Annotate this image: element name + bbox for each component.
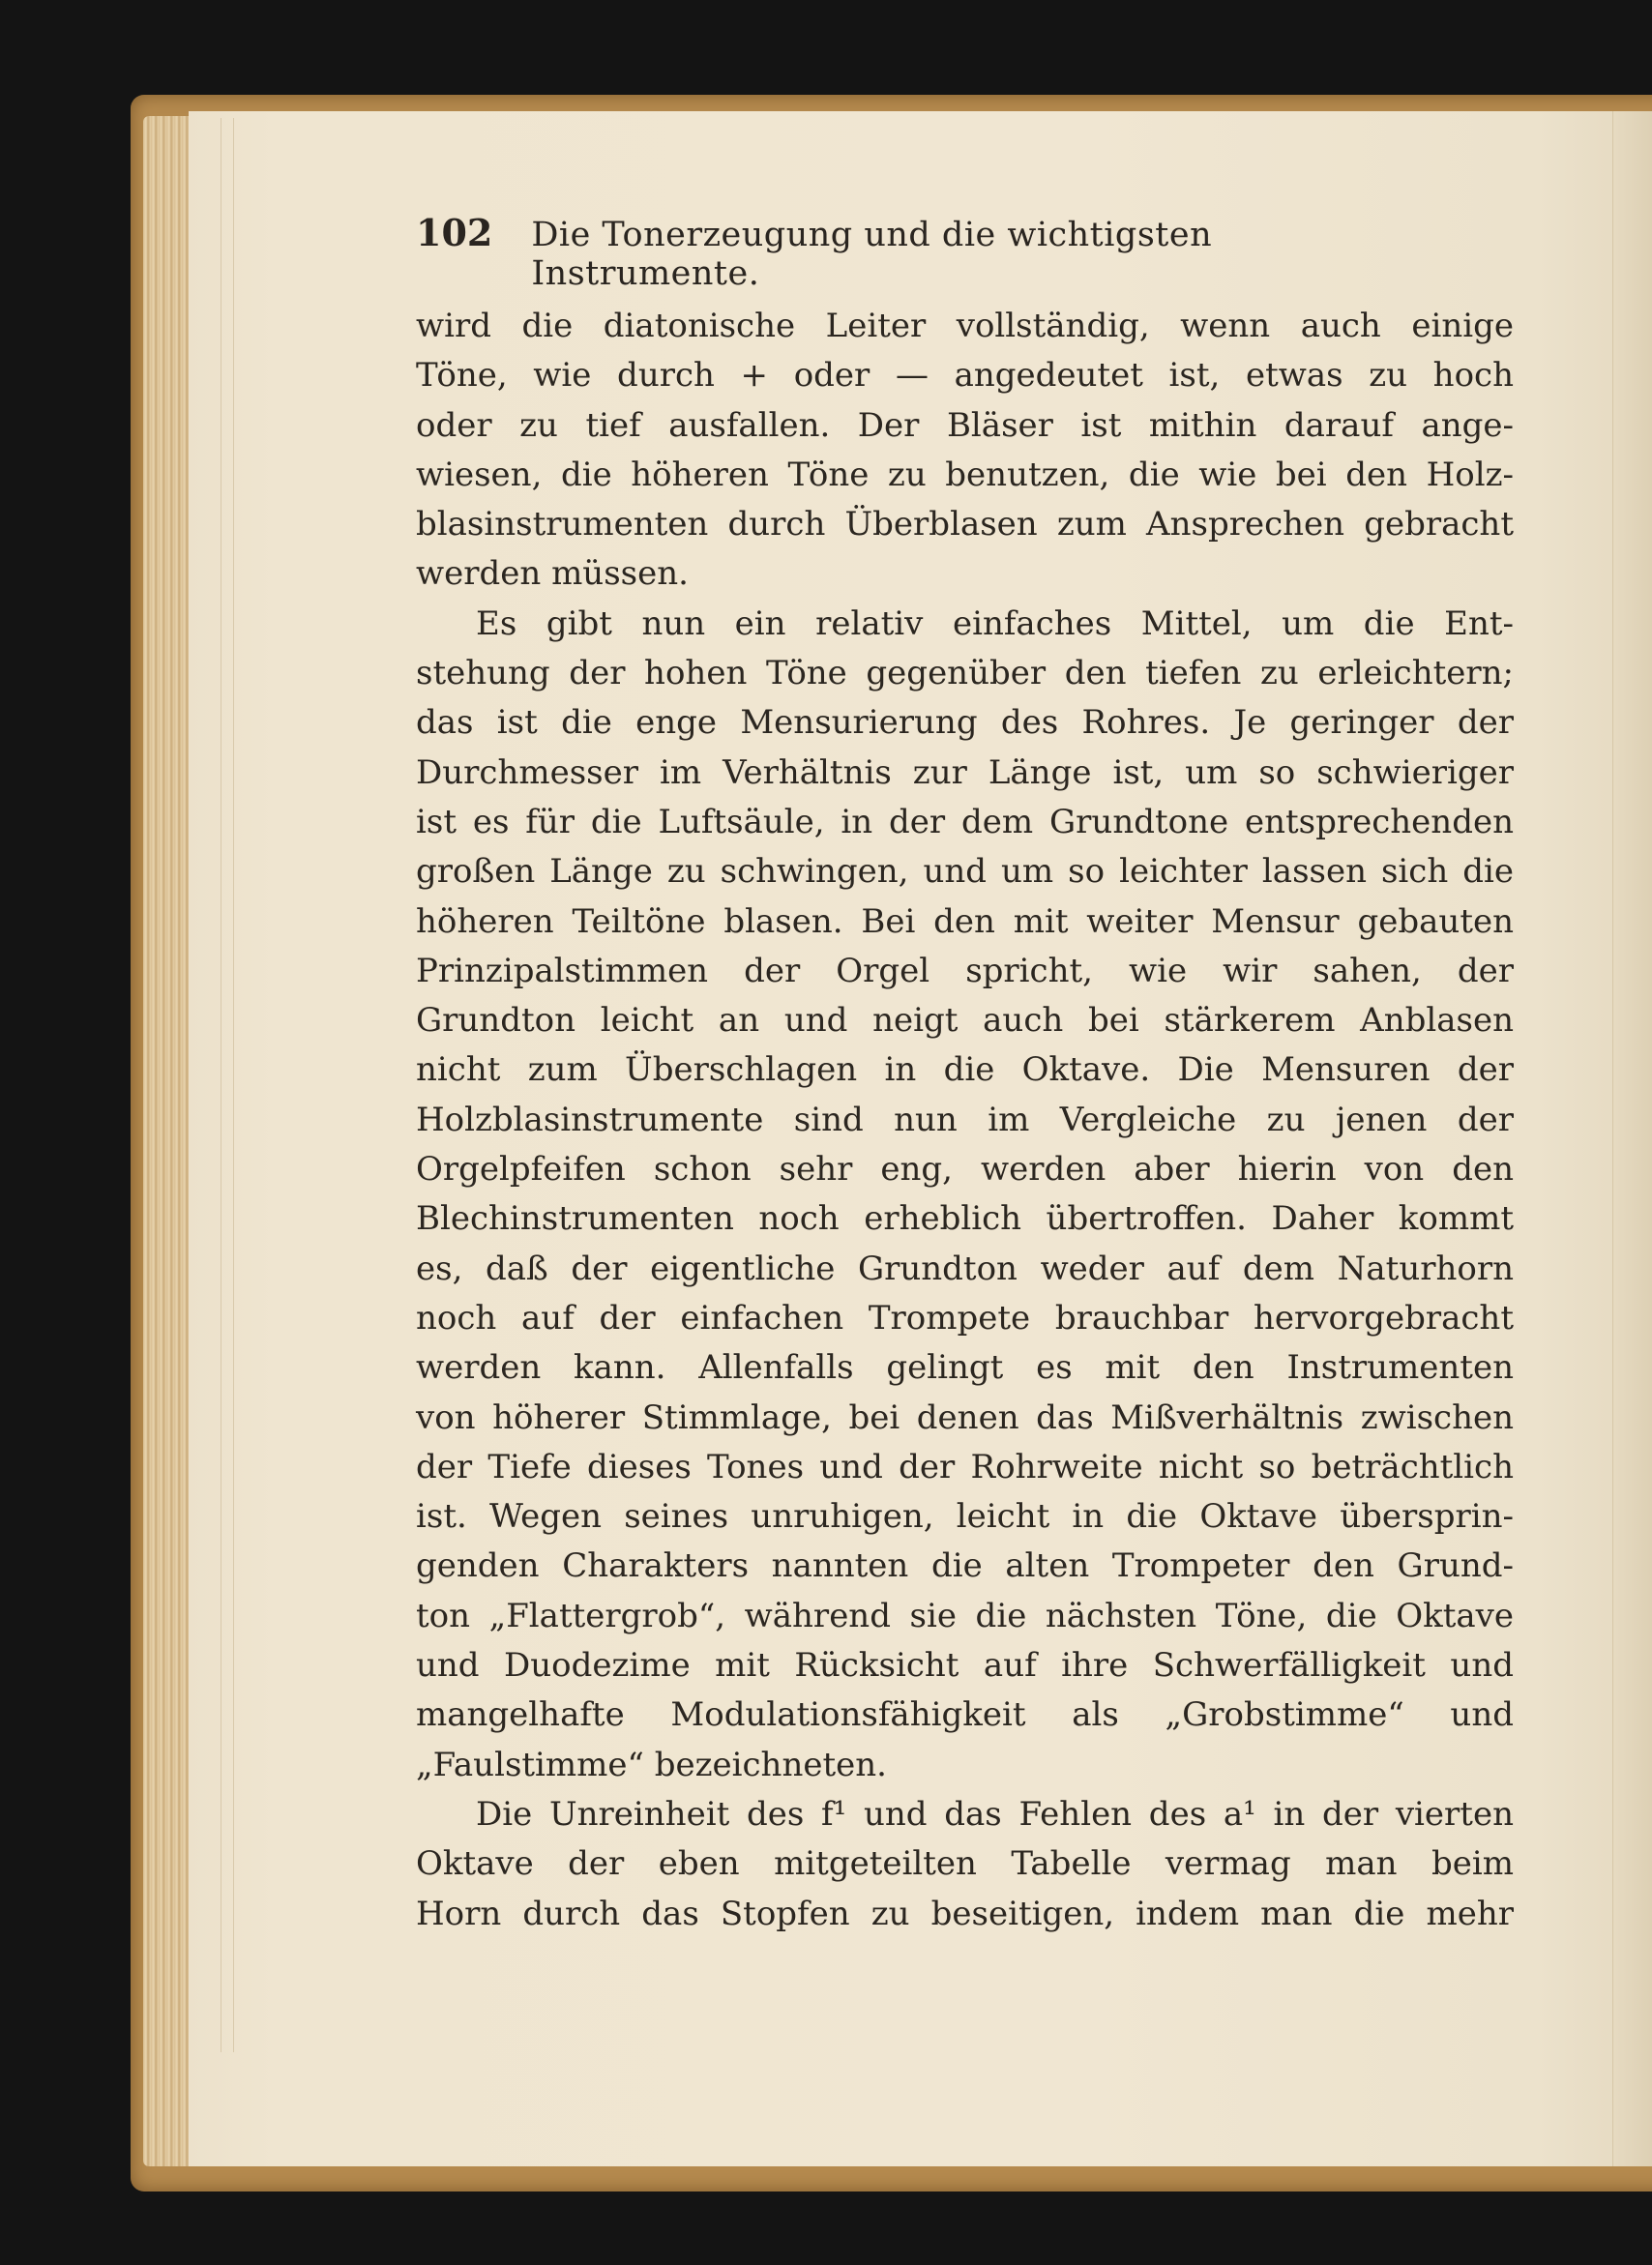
text-line: Es gibt nun ein relativ einfaches Mittel… — [416, 600, 1514, 649]
page-number: 102 — [416, 211, 492, 254]
text-line: stehung der hohen Töne gegenüber den tie… — [416, 649, 1514, 698]
text-line: der Tiefe dieses Tones und der Rohrweite… — [416, 1443, 1514, 1492]
body-text: wird die diatonische Leiter vollständig,… — [416, 302, 1514, 1939]
text-line: höheren Teiltöne blasen. Bei den mit wei… — [416, 897, 1514, 947]
text-line: Grundton leicht an und neigt auch bei st… — [416, 996, 1514, 1045]
text-line: werden kann. Allenfalls gelingt es mit d… — [416, 1343, 1514, 1393]
text-line: genden Charakters nannten die alten Trom… — [416, 1542, 1514, 1591]
text-line: oder zu tief ausfallen. Der Bläser ist m… — [416, 401, 1514, 451]
text-line: und Duodezime mit Rücksicht auf ihre Sch… — [416, 1641, 1514, 1691]
text-line: Durchmesser im Verhältnis zur Länge ist,… — [416, 749, 1514, 798]
text-line: großen Länge zu schwingen, und um so lei… — [416, 847, 1514, 897]
text-line: es, daß der eigentliche Grundton weder a… — [416, 1245, 1514, 1294]
running-head: 102 Die Tonerzeugung und die wichtigsten… — [416, 211, 1441, 293]
text-line: wiesen, die höheren Töne zu benutzen, di… — [416, 451, 1514, 500]
text-line: ist. Wegen seines unruhigen, leicht in d… — [416, 1492, 1514, 1542]
text-line: von höherer Stimmlage, bei denen das Miß… — [416, 1394, 1514, 1443]
text-line: ist es für die Luftsäule, in der dem Gru… — [416, 798, 1514, 847]
text-line: Holzblasinstrumente sind nun im Vergleic… — [416, 1096, 1514, 1145]
page-margin-fold — [221, 118, 234, 2052]
text-line: ton „Flattergrob“, während sie die nächs… — [416, 1592, 1514, 1641]
text-line: das ist die enge Mensurierung des Rohres… — [416, 698, 1514, 748]
text-line: mangelhafte Modulationsfähigkeit als „Gr… — [416, 1691, 1514, 1740]
text-line: wird die diatonische Leiter vollständig,… — [416, 302, 1514, 351]
text-line: „Faulstimme“ bezeichneten. — [416, 1741, 1514, 1790]
text-line: Blechinstrumenten noch erheblich übertro… — [416, 1194, 1514, 1244]
text-line: nicht zum Überschlagen in die Oktave. Di… — [416, 1045, 1514, 1095]
book-gutter — [1612, 111, 1652, 2166]
text-line: noch auf der einfachen Trompete brauchba… — [416, 1294, 1514, 1343]
text-line: Töne, wie durch + oder — angedeutet ist,… — [416, 351, 1514, 400]
text-line: Horn durch das Stopfen zu beseitigen, in… — [416, 1890, 1514, 1939]
text-line: blasinstrumenten durch Überblasen zum An… — [416, 500, 1514, 549]
text-line: Prinzipalstimmen der Orgel spricht, wie … — [416, 947, 1514, 996]
text-line: Oktave der eben mitgeteilten Tabelle ver… — [416, 1839, 1514, 1889]
text-line: Die Unreinheit des f¹ und das Fehlen des… — [416, 1790, 1514, 1839]
text-line: werden müssen. — [416, 549, 1514, 599]
text-line: Orgelpfeifen schon sehr eng, werden aber… — [416, 1145, 1514, 1194]
running-head-title: Die Tonerzeugung und die wichtigsten Ins… — [531, 216, 1441, 293]
